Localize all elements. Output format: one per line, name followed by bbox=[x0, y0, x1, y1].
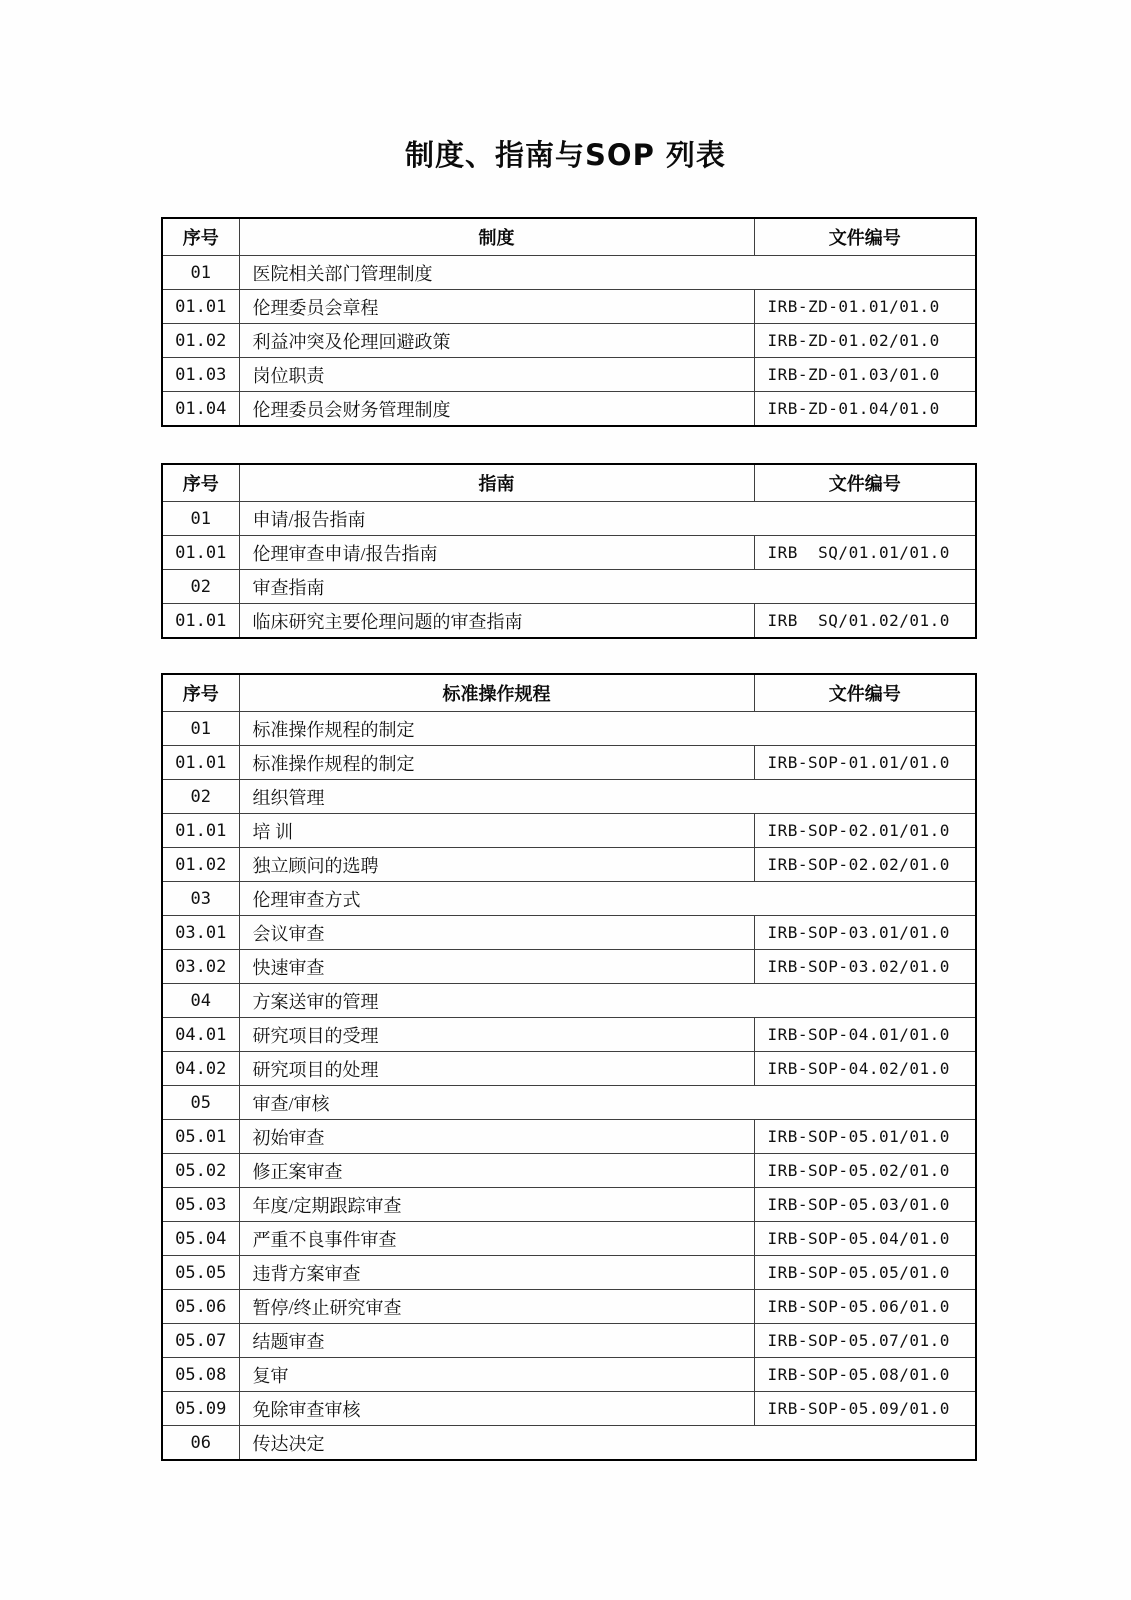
row-index-cell: 01 bbox=[162, 712, 239, 746]
row-code-cell: IRB-ZD-01.01/01.0 bbox=[754, 290, 976, 324]
row-title-cell: 审查/审核 bbox=[239, 1086, 976, 1120]
row-title-cell: 培 训 bbox=[239, 814, 754, 848]
table-row: 03.02快速审查IRB-SOP-03.02/01.0 bbox=[162, 950, 976, 984]
table-row: 03.01会议审查IRB-SOP-03.01/01.0 bbox=[162, 916, 976, 950]
table-row: 01.01伦理审查申请/报告指南IRB SQ/01.01/01.0 bbox=[162, 536, 976, 570]
table-row: 05.07结题审查IRB-SOP-05.07/01.0 bbox=[162, 1324, 976, 1358]
row-index-cell: 06 bbox=[162, 1426, 239, 1461]
row-code-cell: IRB-SOP-05.09/01.0 bbox=[754, 1392, 976, 1426]
row-code-cell: IRB-SOP-05.04/01.0 bbox=[754, 1222, 976, 1256]
row-title-cell: 方案送审的管理 bbox=[239, 984, 976, 1018]
table-header-row: 序号 指南 文件编号 bbox=[162, 464, 976, 502]
table-row: 01.01临床研究主要伦理问题的审查指南IRB SQ/01.02/01.0 bbox=[162, 604, 976, 639]
row-code-cell: IRB-SOP-05.02/01.0 bbox=[754, 1154, 976, 1188]
row-index-cell: 01.02 bbox=[162, 324, 239, 358]
row-title-cell: 伦理委员会财务管理制度 bbox=[239, 392, 754, 427]
table-row: 02审查指南 bbox=[162, 570, 976, 604]
table-row: 05.06暂停/终止研究审查IRB-SOP-05.06/01.0 bbox=[162, 1290, 976, 1324]
row-code-cell: IRB-SOP-03.01/01.0 bbox=[754, 916, 976, 950]
row-index-cell: 01.01 bbox=[162, 604, 239, 639]
row-title-cell: 标准操作规程的制定 bbox=[239, 746, 754, 780]
row-title-cell: 初始审查 bbox=[239, 1120, 754, 1154]
row-index-cell: 01 bbox=[162, 256, 239, 290]
row-title-cell: 岗位职责 bbox=[239, 358, 754, 392]
table-row: 01.03岗位职责IRB-ZD-01.03/01.0 bbox=[162, 358, 976, 392]
row-index-cell: 05.01 bbox=[162, 1120, 239, 1154]
row-title-cell: 利益冲突及伦理回避政策 bbox=[239, 324, 754, 358]
row-title-cell: 暂停/终止研究审查 bbox=[239, 1290, 754, 1324]
row-index-cell: 05.04 bbox=[162, 1222, 239, 1256]
table-row: 05.04严重不良事件审查IRB-SOP-05.04/01.0 bbox=[162, 1222, 976, 1256]
row-code-cell: IRB-SOP-02.02/01.0 bbox=[754, 848, 976, 882]
header-category: 制度 bbox=[239, 218, 754, 256]
row-index-cell: 01 bbox=[162, 502, 239, 536]
table-row: 06传达决定 bbox=[162, 1426, 976, 1461]
row-index-cell: 05.03 bbox=[162, 1188, 239, 1222]
table-row: 05.03年度/定期跟踪审查IRB-SOP-05.03/01.0 bbox=[162, 1188, 976, 1222]
row-index-cell: 05.07 bbox=[162, 1324, 239, 1358]
page-title: 制度、指南与SOP 列表 bbox=[0, 0, 1131, 172]
table-zhidu: 序号 制度 文件编号 01医院相关部门管理制度01.01伦理委员会章程IRB-Z… bbox=[161, 217, 977, 427]
row-title-cell: 标准操作规程的制定 bbox=[239, 712, 976, 746]
row-index-cell: 04.01 bbox=[162, 1018, 239, 1052]
table-header-row: 序号 制度 文件编号 bbox=[162, 218, 976, 256]
row-index-cell: 02 bbox=[162, 570, 239, 604]
row-title-cell: 医院相关部门管理制度 bbox=[239, 256, 976, 290]
row-index-cell: 05.05 bbox=[162, 1256, 239, 1290]
table-header-row: 序号 标准操作规程 文件编号 bbox=[162, 674, 976, 712]
header-doc-code: 文件编号 bbox=[754, 218, 976, 256]
header-doc-code: 文件编号 bbox=[754, 464, 976, 502]
row-index-cell: 05 bbox=[162, 1086, 239, 1120]
row-code-cell: IRB SQ/01.01/01.0 bbox=[754, 536, 976, 570]
row-title-cell: 临床研究主要伦理问题的审查指南 bbox=[239, 604, 754, 639]
row-index-cell: 04.02 bbox=[162, 1052, 239, 1086]
row-index-cell: 01.01 bbox=[162, 290, 239, 324]
row-title-cell: 快速审查 bbox=[239, 950, 754, 984]
row-title-cell: 结题审查 bbox=[239, 1324, 754, 1358]
row-code-cell: IRB-SOP-04.01/01.0 bbox=[754, 1018, 976, 1052]
row-index-cell: 04 bbox=[162, 984, 239, 1018]
row-code-cell: IRB-ZD-01.04/01.0 bbox=[754, 392, 976, 427]
table-row: 01.01标准操作规程的制定IRB-SOP-01.01/01.0 bbox=[162, 746, 976, 780]
header-no: 序号 bbox=[162, 674, 239, 712]
row-title-cell: 违背方案审查 bbox=[239, 1256, 754, 1290]
table-row: 01申请/报告指南 bbox=[162, 502, 976, 536]
table-row: 01标准操作规程的制定 bbox=[162, 712, 976, 746]
row-index-cell: 01.01 bbox=[162, 746, 239, 780]
header-doc-code: 文件编号 bbox=[754, 674, 976, 712]
row-index-cell: 03 bbox=[162, 882, 239, 916]
table-row: 02组织管理 bbox=[162, 780, 976, 814]
table-row: 05.09免除审查审核IRB-SOP-05.09/01.0 bbox=[162, 1392, 976, 1426]
row-code-cell: IRB-SOP-05.01/01.0 bbox=[754, 1120, 976, 1154]
row-code-cell: IRB SQ/01.02/01.0 bbox=[754, 604, 976, 639]
row-title-cell: 组织管理 bbox=[239, 780, 976, 814]
header-category: 指南 bbox=[239, 464, 754, 502]
header-no: 序号 bbox=[162, 464, 239, 502]
row-code-cell: IRB-ZD-01.03/01.0 bbox=[754, 358, 976, 392]
table-zhinan: 序号 指南 文件编号 01申请/报告指南01.01伦理审查申请/报告指南IRB … bbox=[161, 463, 977, 639]
table-row: 01.02利益冲突及伦理回避政策IRB-ZD-01.02/01.0 bbox=[162, 324, 976, 358]
row-index-cell: 01.01 bbox=[162, 536, 239, 570]
row-title-cell: 免除审查审核 bbox=[239, 1392, 754, 1426]
table-row: 01.01培 训IRB-SOP-02.01/01.0 bbox=[162, 814, 976, 848]
table-row: 04.02研究项目的处理IRB-SOP-04.02/01.0 bbox=[162, 1052, 976, 1086]
row-code-cell: IRB-SOP-01.01/01.0 bbox=[754, 746, 976, 780]
row-code-cell: IRB-SOP-05.07/01.0 bbox=[754, 1324, 976, 1358]
row-title-cell: 年度/定期跟踪审查 bbox=[239, 1188, 754, 1222]
table-row: 01.04伦理委员会财务管理制度IRB-ZD-01.04/01.0 bbox=[162, 392, 976, 427]
row-code-cell: IRB-SOP-05.06/01.0 bbox=[754, 1290, 976, 1324]
row-code-cell: IRB-SOP-05.03/01.0 bbox=[754, 1188, 976, 1222]
row-index-cell: 01.03 bbox=[162, 358, 239, 392]
row-title-cell: 研究项目的受理 bbox=[239, 1018, 754, 1052]
row-title-cell: 申请/报告指南 bbox=[239, 502, 976, 536]
tables-area: 序号 制度 文件编号 01医院相关部门管理制度01.01伦理委员会章程IRB-Z… bbox=[161, 217, 975, 1461]
row-title-cell: 会议审查 bbox=[239, 916, 754, 950]
row-title-cell: 独立顾问的选聘 bbox=[239, 848, 754, 882]
table-row: 01.02独立顾问的选聘IRB-SOP-02.02/01.0 bbox=[162, 848, 976, 882]
row-title-cell: 修正案审查 bbox=[239, 1154, 754, 1188]
row-index-cell: 05.09 bbox=[162, 1392, 239, 1426]
table-row: 04方案送审的管理 bbox=[162, 984, 976, 1018]
table-row: 01.01伦理委员会章程IRB-ZD-01.01/01.0 bbox=[162, 290, 976, 324]
table-row: 05.05违背方案审查IRB-SOP-05.05/01.0 bbox=[162, 1256, 976, 1290]
row-index-cell: 01.02 bbox=[162, 848, 239, 882]
row-index-cell: 01.01 bbox=[162, 814, 239, 848]
header-category: 标准操作规程 bbox=[239, 674, 754, 712]
row-title-cell: 传达决定 bbox=[239, 1426, 976, 1461]
row-code-cell: IRB-ZD-01.02/01.0 bbox=[754, 324, 976, 358]
table-row: 05.01初始审查IRB-SOP-05.01/01.0 bbox=[162, 1120, 976, 1154]
row-title-cell: 复审 bbox=[239, 1358, 754, 1392]
table-row: 05审查/审核 bbox=[162, 1086, 976, 1120]
row-code-cell: IRB-SOP-02.01/01.0 bbox=[754, 814, 976, 848]
table-row: 05.02修正案审查IRB-SOP-05.02/01.0 bbox=[162, 1154, 976, 1188]
table-row: 05.08复审IRB-SOP-05.08/01.0 bbox=[162, 1358, 976, 1392]
row-code-cell: IRB-SOP-03.02/01.0 bbox=[754, 950, 976, 984]
table-sop: 序号 标准操作规程 文件编号 01标准操作规程的制定01.01标准操作规程的制定… bbox=[161, 673, 977, 1461]
row-code-cell: IRB-SOP-05.08/01.0 bbox=[754, 1358, 976, 1392]
row-index-cell: 05.02 bbox=[162, 1154, 239, 1188]
document-page: 制度、指南与SOP 列表 序号 制度 文件编号 01医院相关部门管理制度01.0… bbox=[0, 0, 1131, 1600]
row-index-cell: 05.06 bbox=[162, 1290, 239, 1324]
row-title-cell: 伦理审查申请/报告指南 bbox=[239, 536, 754, 570]
row-code-cell: IRB-SOP-04.02/01.0 bbox=[754, 1052, 976, 1086]
row-title-cell: 伦理委员会章程 bbox=[239, 290, 754, 324]
row-title-cell: 伦理审查方式 bbox=[239, 882, 976, 916]
row-index-cell: 05.08 bbox=[162, 1358, 239, 1392]
row-index-cell: 03.02 bbox=[162, 950, 239, 984]
row-code-cell: IRB-SOP-05.05/01.0 bbox=[754, 1256, 976, 1290]
row-index-cell: 01.04 bbox=[162, 392, 239, 427]
row-title-cell: 严重不良事件审查 bbox=[239, 1222, 754, 1256]
table-row: 04.01研究项目的受理IRB-SOP-04.01/01.0 bbox=[162, 1018, 976, 1052]
header-no: 序号 bbox=[162, 218, 239, 256]
table-row: 03伦理审查方式 bbox=[162, 882, 976, 916]
row-index-cell: 02 bbox=[162, 780, 239, 814]
table-row: 01医院相关部门管理制度 bbox=[162, 256, 976, 290]
row-index-cell: 03.01 bbox=[162, 916, 239, 950]
row-title-cell: 审查指南 bbox=[239, 570, 976, 604]
row-title-cell: 研究项目的处理 bbox=[239, 1052, 754, 1086]
